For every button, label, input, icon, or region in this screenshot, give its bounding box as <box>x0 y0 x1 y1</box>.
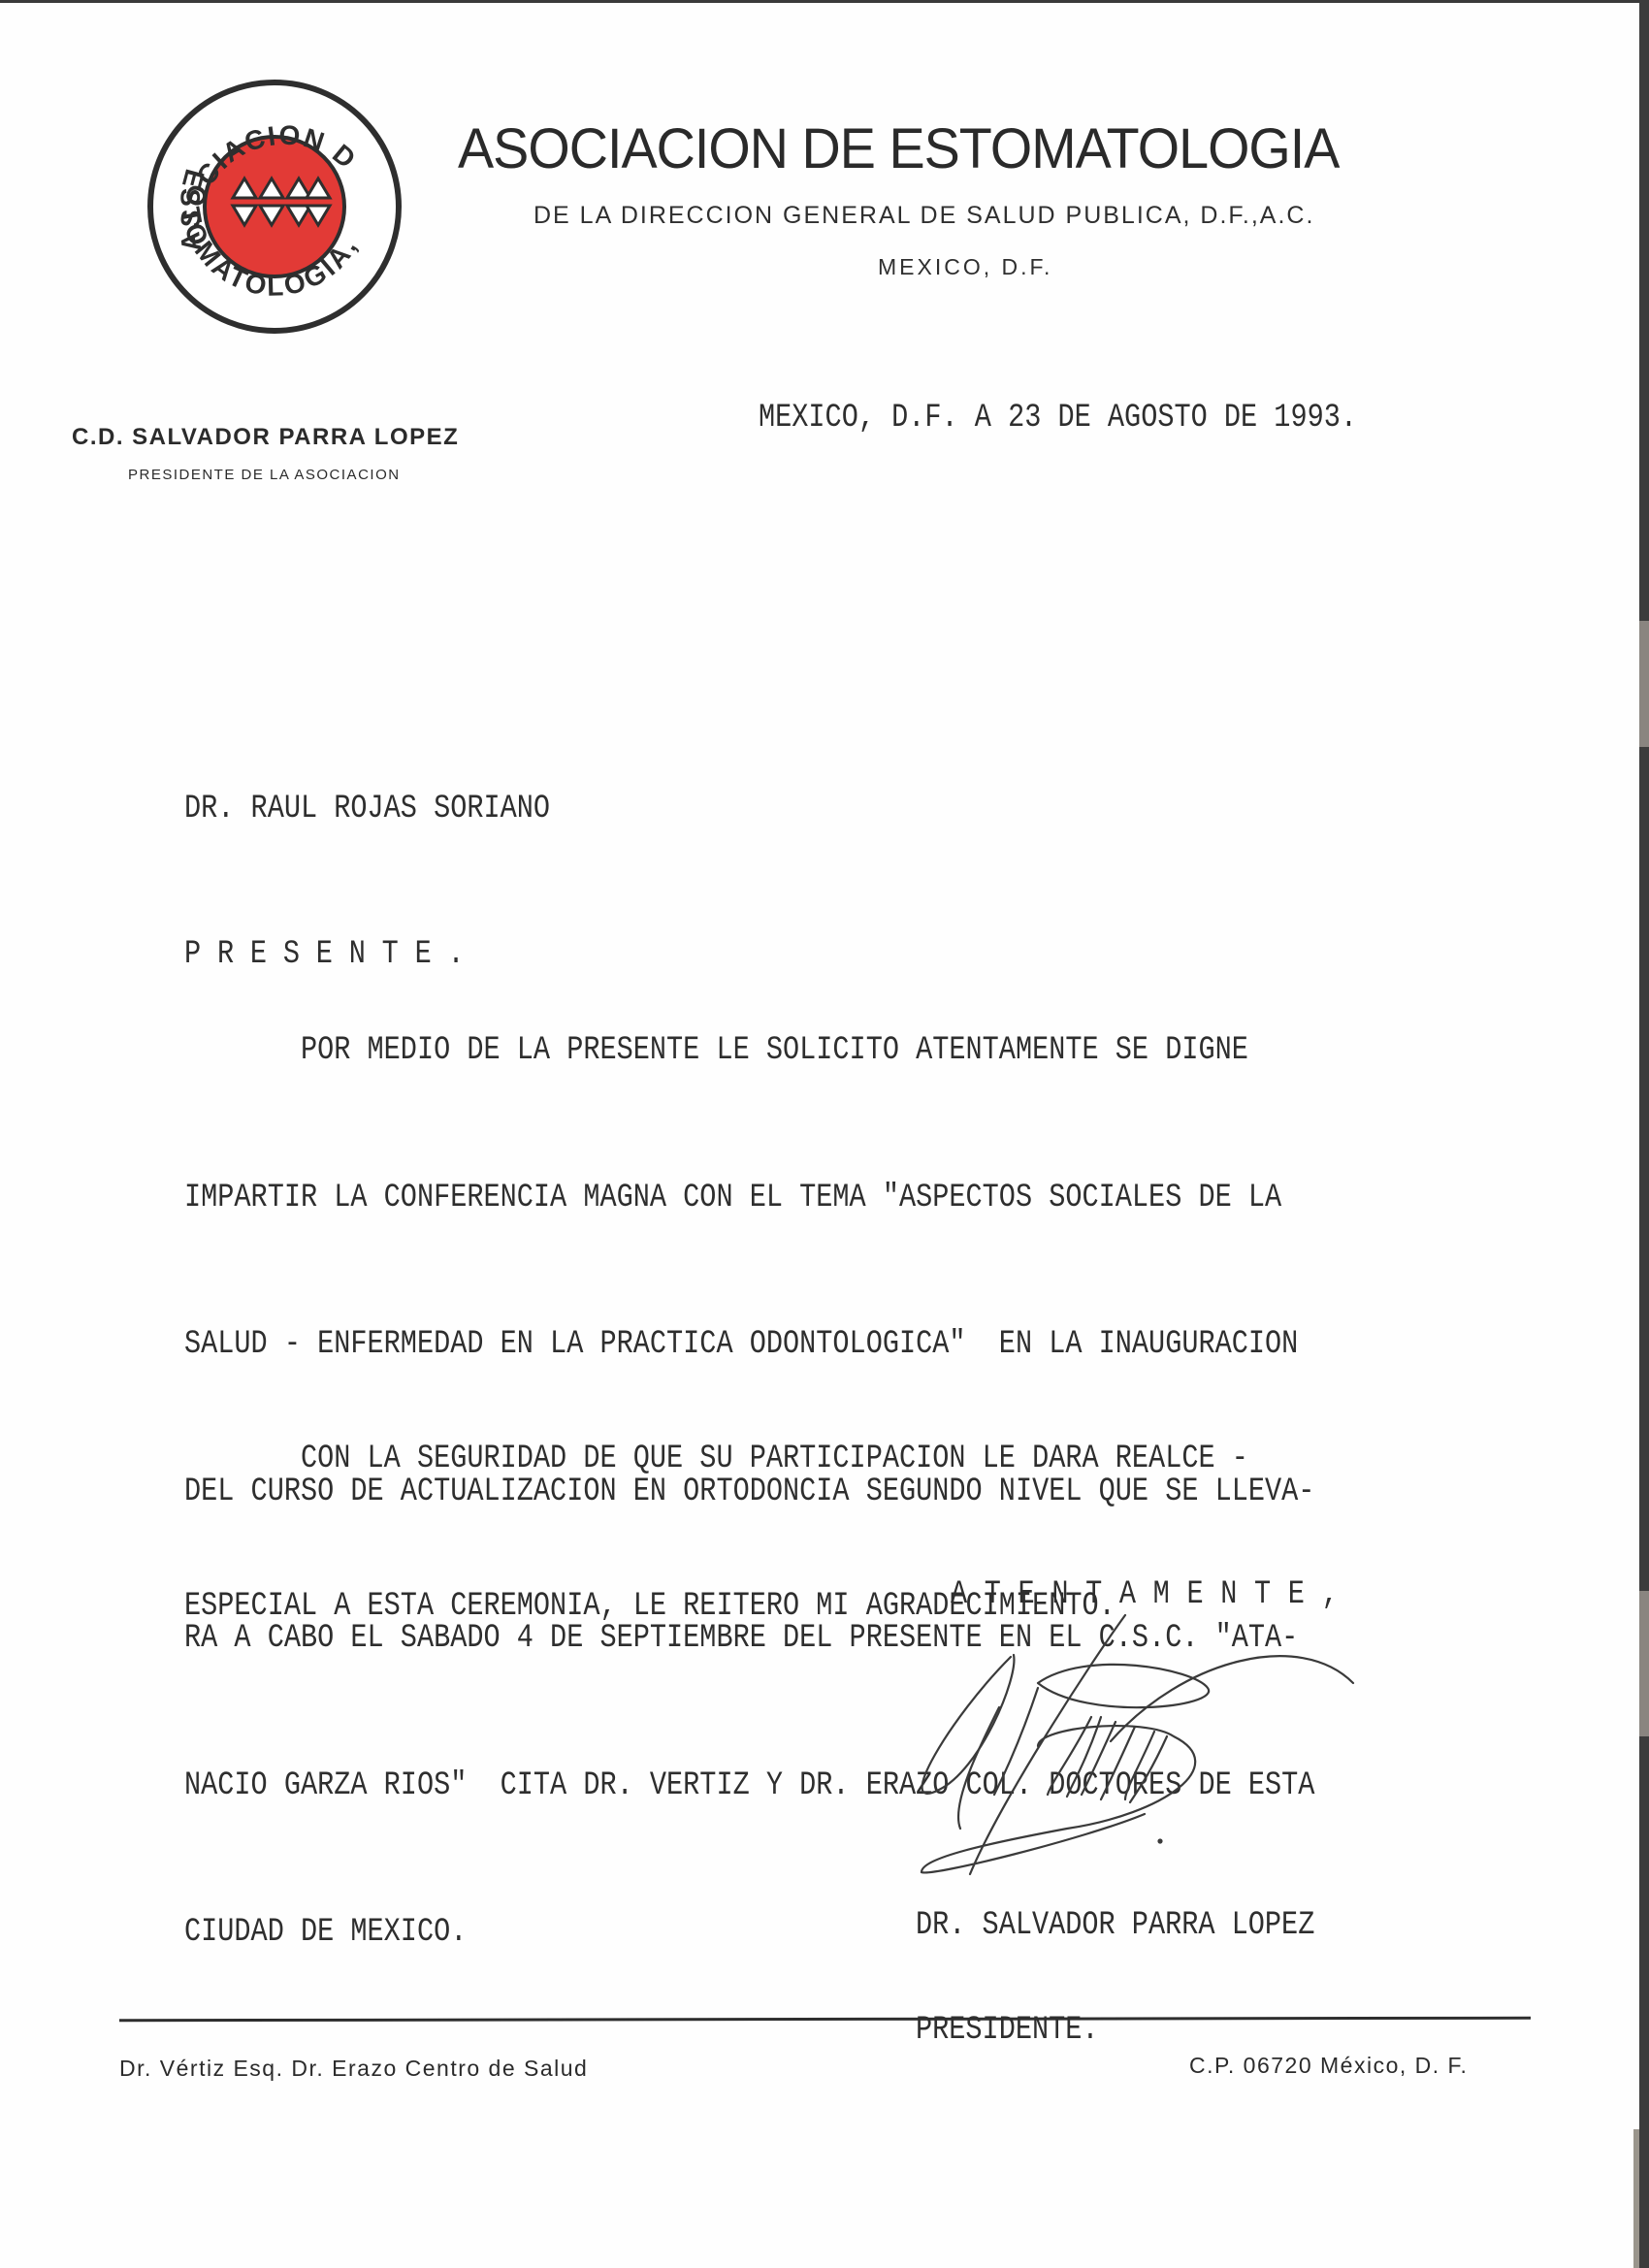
body-line: IMPARTIR LA CONFERENCIA MAGNA CON EL TEM… <box>184 1174 1314 1223</box>
scan-right-edge <box>1639 0 1649 2268</box>
footer-address: Dr. Vértiz Esq. Dr. Erazo Centro de Salu… <box>119 2056 588 2082</box>
date-line: MEXICO, D.F. A 23 DE AGOSTO DE 1993. <box>759 400 1357 437</box>
organization-title: ASOCIACION DE ESTOMATOLOGIA <box>458 116 1472 181</box>
letterhead-president-name: C.D. SALVADOR PARRA LOPEZ <box>72 424 459 451</box>
letter-page: ASOCIACION DE ESTOMATOLOGIA, A.C. ASOCIA… <box>0 0 1649 2268</box>
recipient-name: DR. RAUL ROJAS SORIANO <box>184 785 550 833</box>
scan-top-edge <box>0 0 1641 3</box>
body-line: POR MEDIO DE LA PRESENTE LE SOLICITO ATE… <box>184 1026 1314 1076</box>
footer-postal-code: C.P. 06720 México, D. F. <box>1189 2053 1468 2079</box>
body-line: CON LA SEGURIDAD DE QUE SU PARTICIPACION… <box>184 1435 1248 1484</box>
organization-city: MEXICO, D.F. <box>878 254 1052 280</box>
scan-edge-segment <box>1639 621 1649 747</box>
association-seal-icon: ASOCIACION DE ESTOMATOLOGIA, A.C. <box>144 76 405 338</box>
signer-name: DR. SALVADOR PARRA LOPEZ <box>916 1908 1314 1943</box>
letterhead-president-role: PRESIDENTE DE LA ASOCIACION <box>128 467 401 483</box>
organization-subtitle: DE LA DIRECCION GENERAL DE SALUD PUBLICA… <box>533 202 1455 230</box>
scan-edge-segment <box>1639 1591 1649 1736</box>
scan-edge-segment <box>1633 2129 1639 2268</box>
